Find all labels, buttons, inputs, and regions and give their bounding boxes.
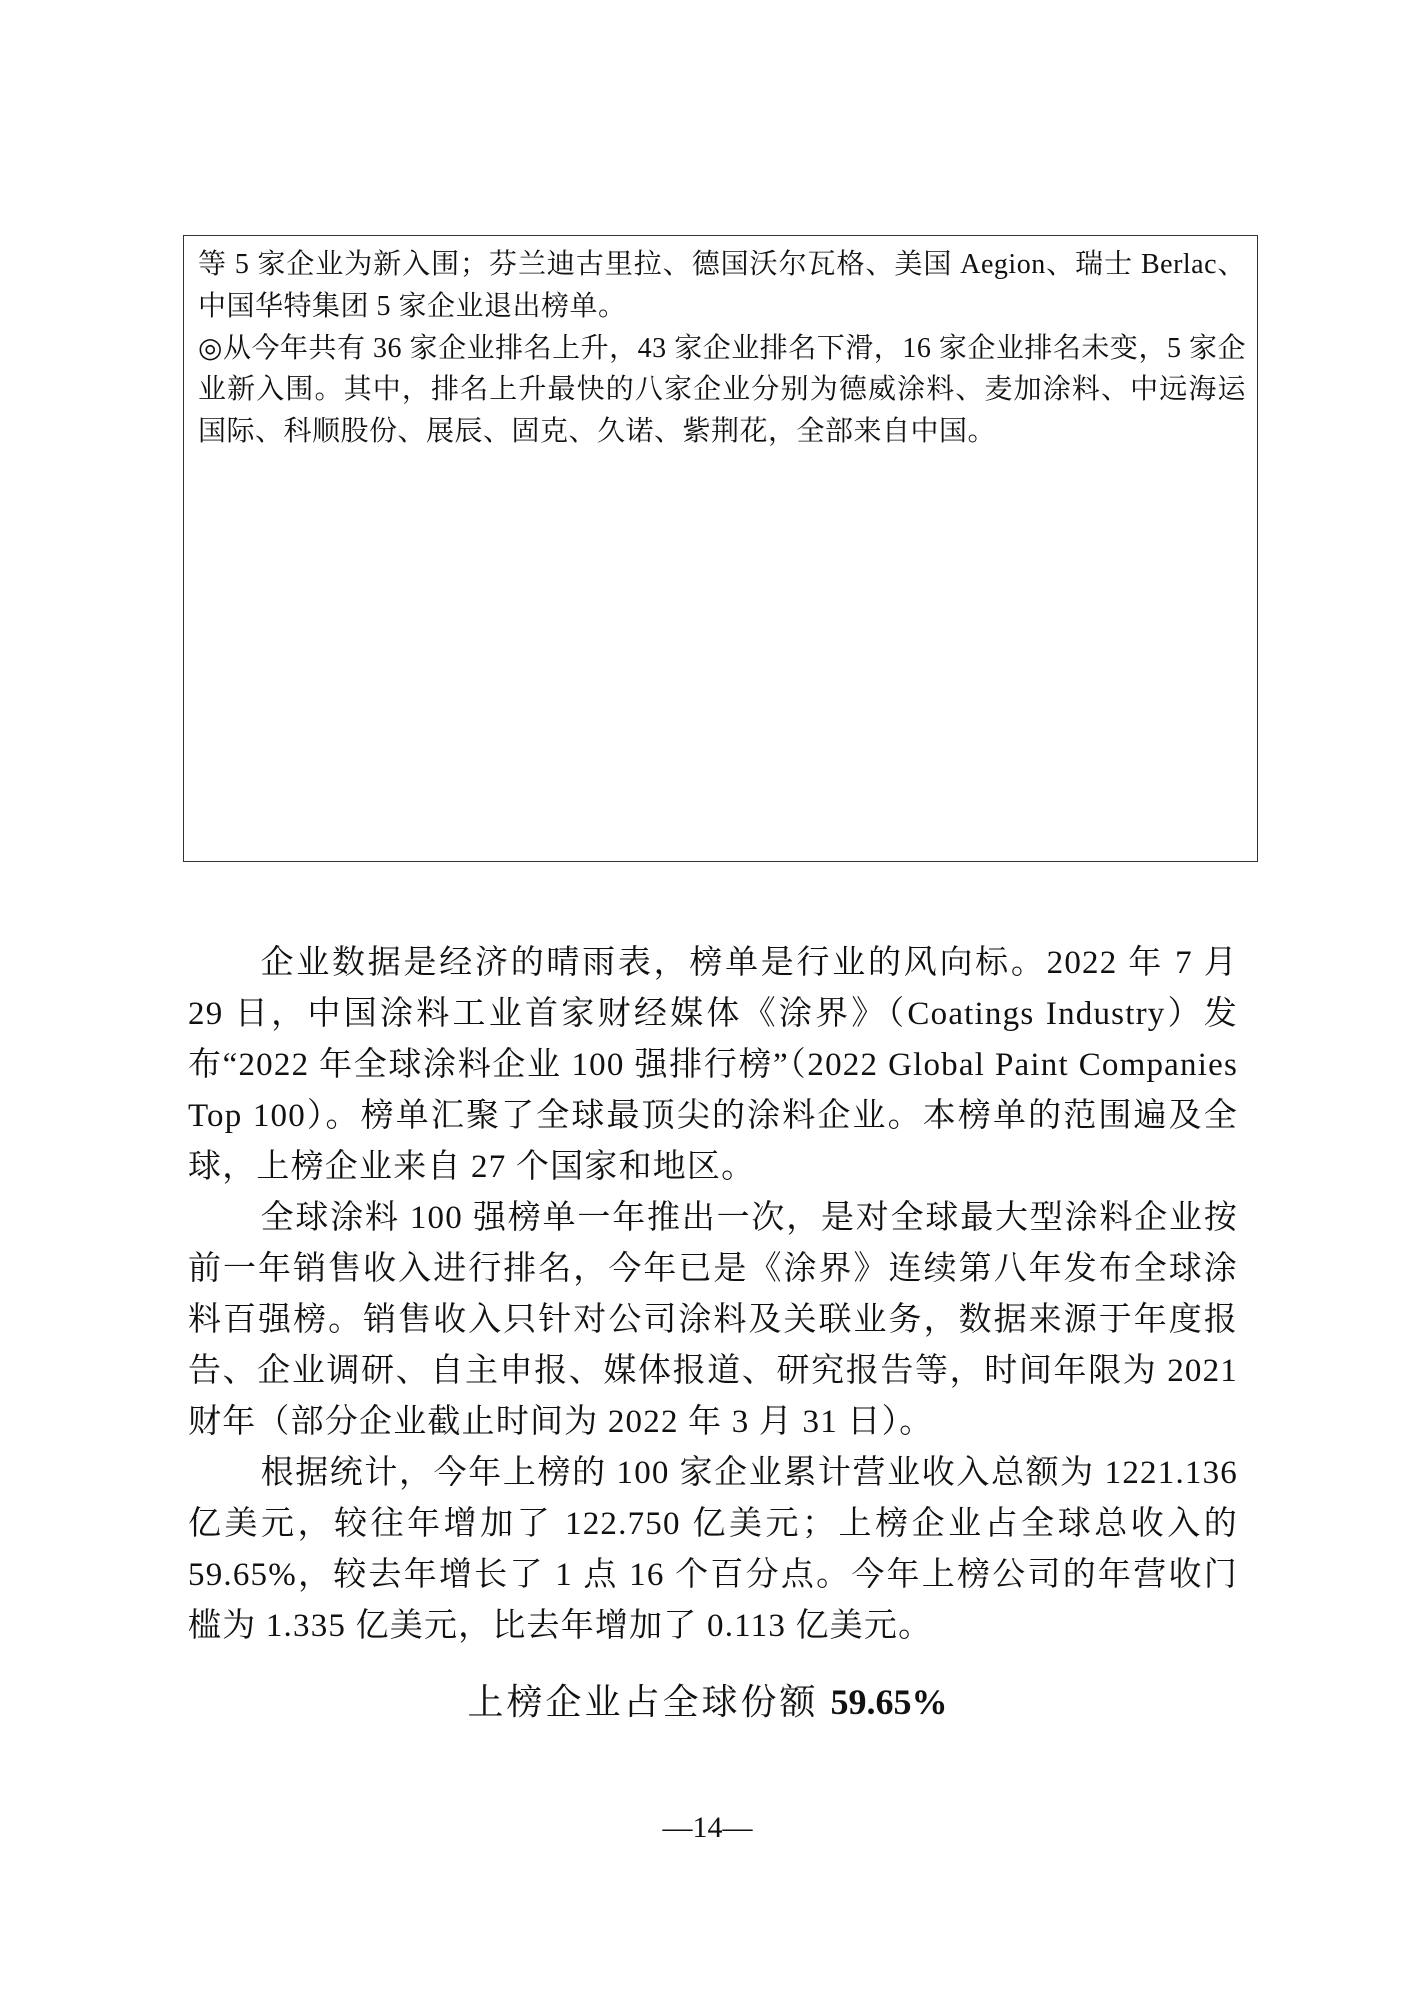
- body-text: 企业数据是经济的晴雨表，榜单是行业的风向标。2022 年 7 月 29 日，中国…: [188, 938, 1238, 1652]
- body-paragraph: 企业数据是经济的晴雨表，榜单是行业的风向标。2022 年 7 月 29 日，中国…: [188, 938, 1238, 1193]
- summary-paragraph: ◎从今年共有 36 家企业排名上升，43 家企业排名下滑，16 家企业排名未变，…: [198, 328, 1246, 453]
- page-number: —14—: [0, 1808, 1415, 1848]
- summary-box: 等 5 家企业为新入围；芬兰迪古里拉、德国沃尔瓦格、美国 Aegion、瑞士 B…: [183, 235, 1258, 862]
- section-heading-value: 59.65%: [831, 1682, 948, 1722]
- body-paragraph: 根据统计，今年上榜的 100 家企业累计营业收入总额为 1221.136 亿美元…: [188, 1448, 1238, 1652]
- summary-paragraph: 等 5 家企业为新入围；芬兰迪古里拉、德国沃尔瓦格、美国 Aegion、瑞士 B…: [198, 244, 1246, 328]
- summary-box-text: 等 5 家企业为新入围；芬兰迪古里拉、德国沃尔瓦格、美国 Aegion、瑞士 B…: [198, 244, 1246, 453]
- section-heading: 上榜企业占全球份额 59.65%: [0, 1678, 1415, 1726]
- body-paragraph: 全球涂料 100 强榜单一年推出一次，是对全球最大型涂料企业按前一年销售收入进行…: [188, 1193, 1238, 1448]
- section-heading-text: 上榜企业占全球份额: [467, 1682, 830, 1722]
